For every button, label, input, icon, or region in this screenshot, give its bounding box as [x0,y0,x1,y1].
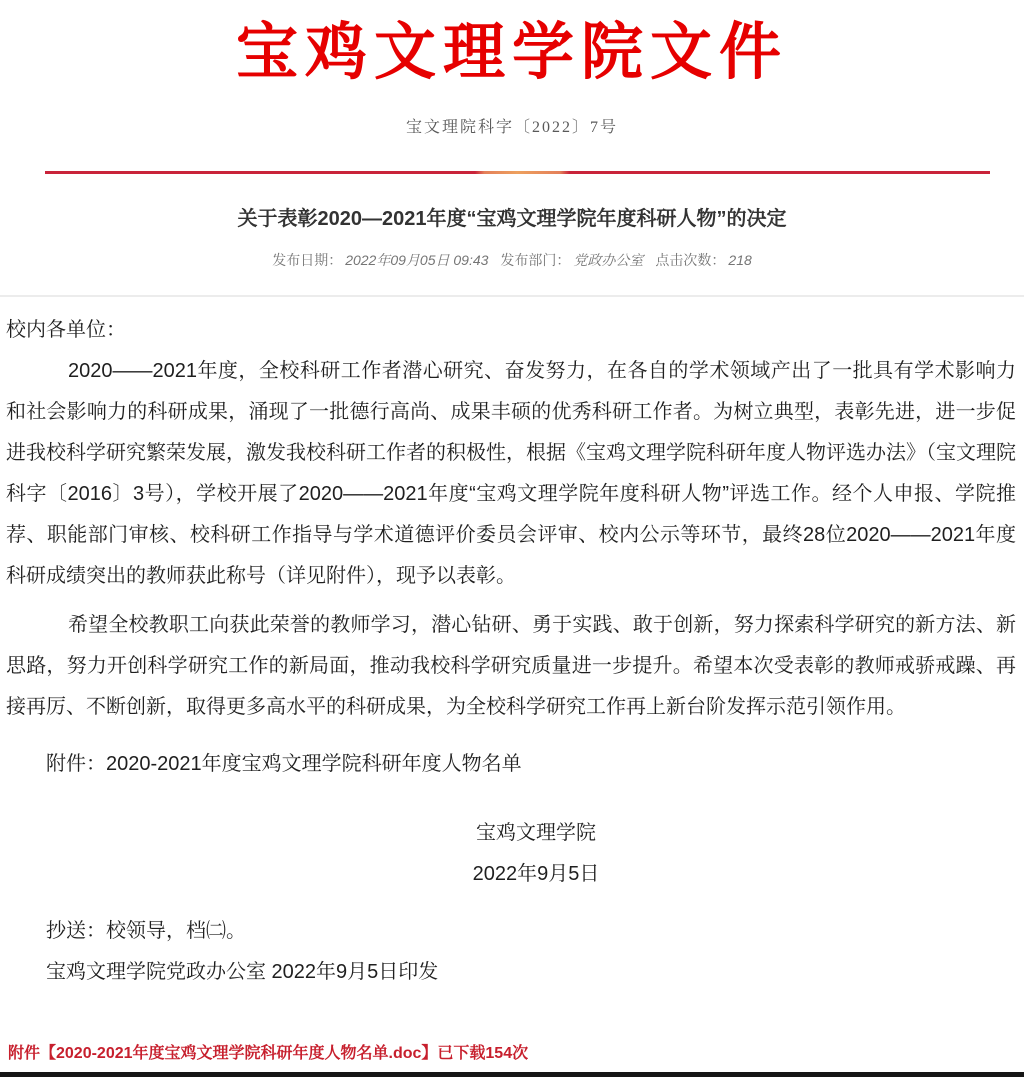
signature-date: 2022年9月5日 [31,854,1024,895]
body-paragraph-2: 希望全校教职工向获此荣誉的教师学习，潜心钻研、勇于实践、敢于创新，努力探索科学研… [6,605,1016,728]
publish-date-label: 发布日期： [272,252,342,268]
document-body: 校内各单位： 2020——2021年度，全校科研工作者潜心研究、奋发努力，在各自… [0,310,1024,993]
bottom-bar [0,1072,1024,1077]
cc-line: 抄送：校领导，档㈡。 [6,911,1016,952]
letterhead-title: 宝鸡文理学院文件 [0,0,1024,96]
attachment-reference: 附件：2020-2021年度宝鸡文理学院科研年度人物名单 [6,744,1016,785]
publish-date-value: 2022年09月05日 09:43 [345,252,488,268]
publish-dept-value: 党政办公室 [573,252,643,268]
article-head: 关于表彰2020—2021年度“宝鸡文理学院年度科研人物”的决定 发布日期：20… [0,208,1024,269]
red-divider-line [45,171,990,174]
issue-line: 宝鸡文理学院党政办公室 2022年9月5日印发 [6,952,1016,993]
letterhead: 宝鸡文理学院文件 宝文理院科字〔2022〕7号 [0,0,1024,174]
signature-block: 宝鸡文理学院 2022年9月5日 [31,813,1024,895]
article-meta: 发布日期：2022年09月05日 09:43发布部门：党政办公室点击次数：218 [0,251,1024,269]
document-page: 宝鸡文理学院文件 宝文理院科字〔2022〕7号 关于表彰2020—2021年度“… [0,0,1024,1077]
hit-count-label: 点击次数： [655,252,725,268]
body-paragraph-1: 2020——2021年度，全校科研工作者潜心研究、奋发努力，在各自的学术领域产出… [6,351,1016,597]
signature-org: 宝鸡文理学院 [31,813,1024,854]
salutation: 校内各单位： [6,310,1016,351]
document-number: 宝文理院科字〔2022〕7号 [0,118,1024,138]
hit-count-value: 218 [728,252,751,268]
content-divider [0,295,1024,297]
article-title: 关于表彰2020—2021年度“宝鸡文理学院年度科研人物”的决定 [20,208,1004,230]
attachment-download-link[interactable]: 附件【2020-2021年度宝鸡文理学院科研年度人物名单.doc】已下载154次 [8,1040,528,1063]
publish-dept-label: 发布部门： [500,252,570,268]
